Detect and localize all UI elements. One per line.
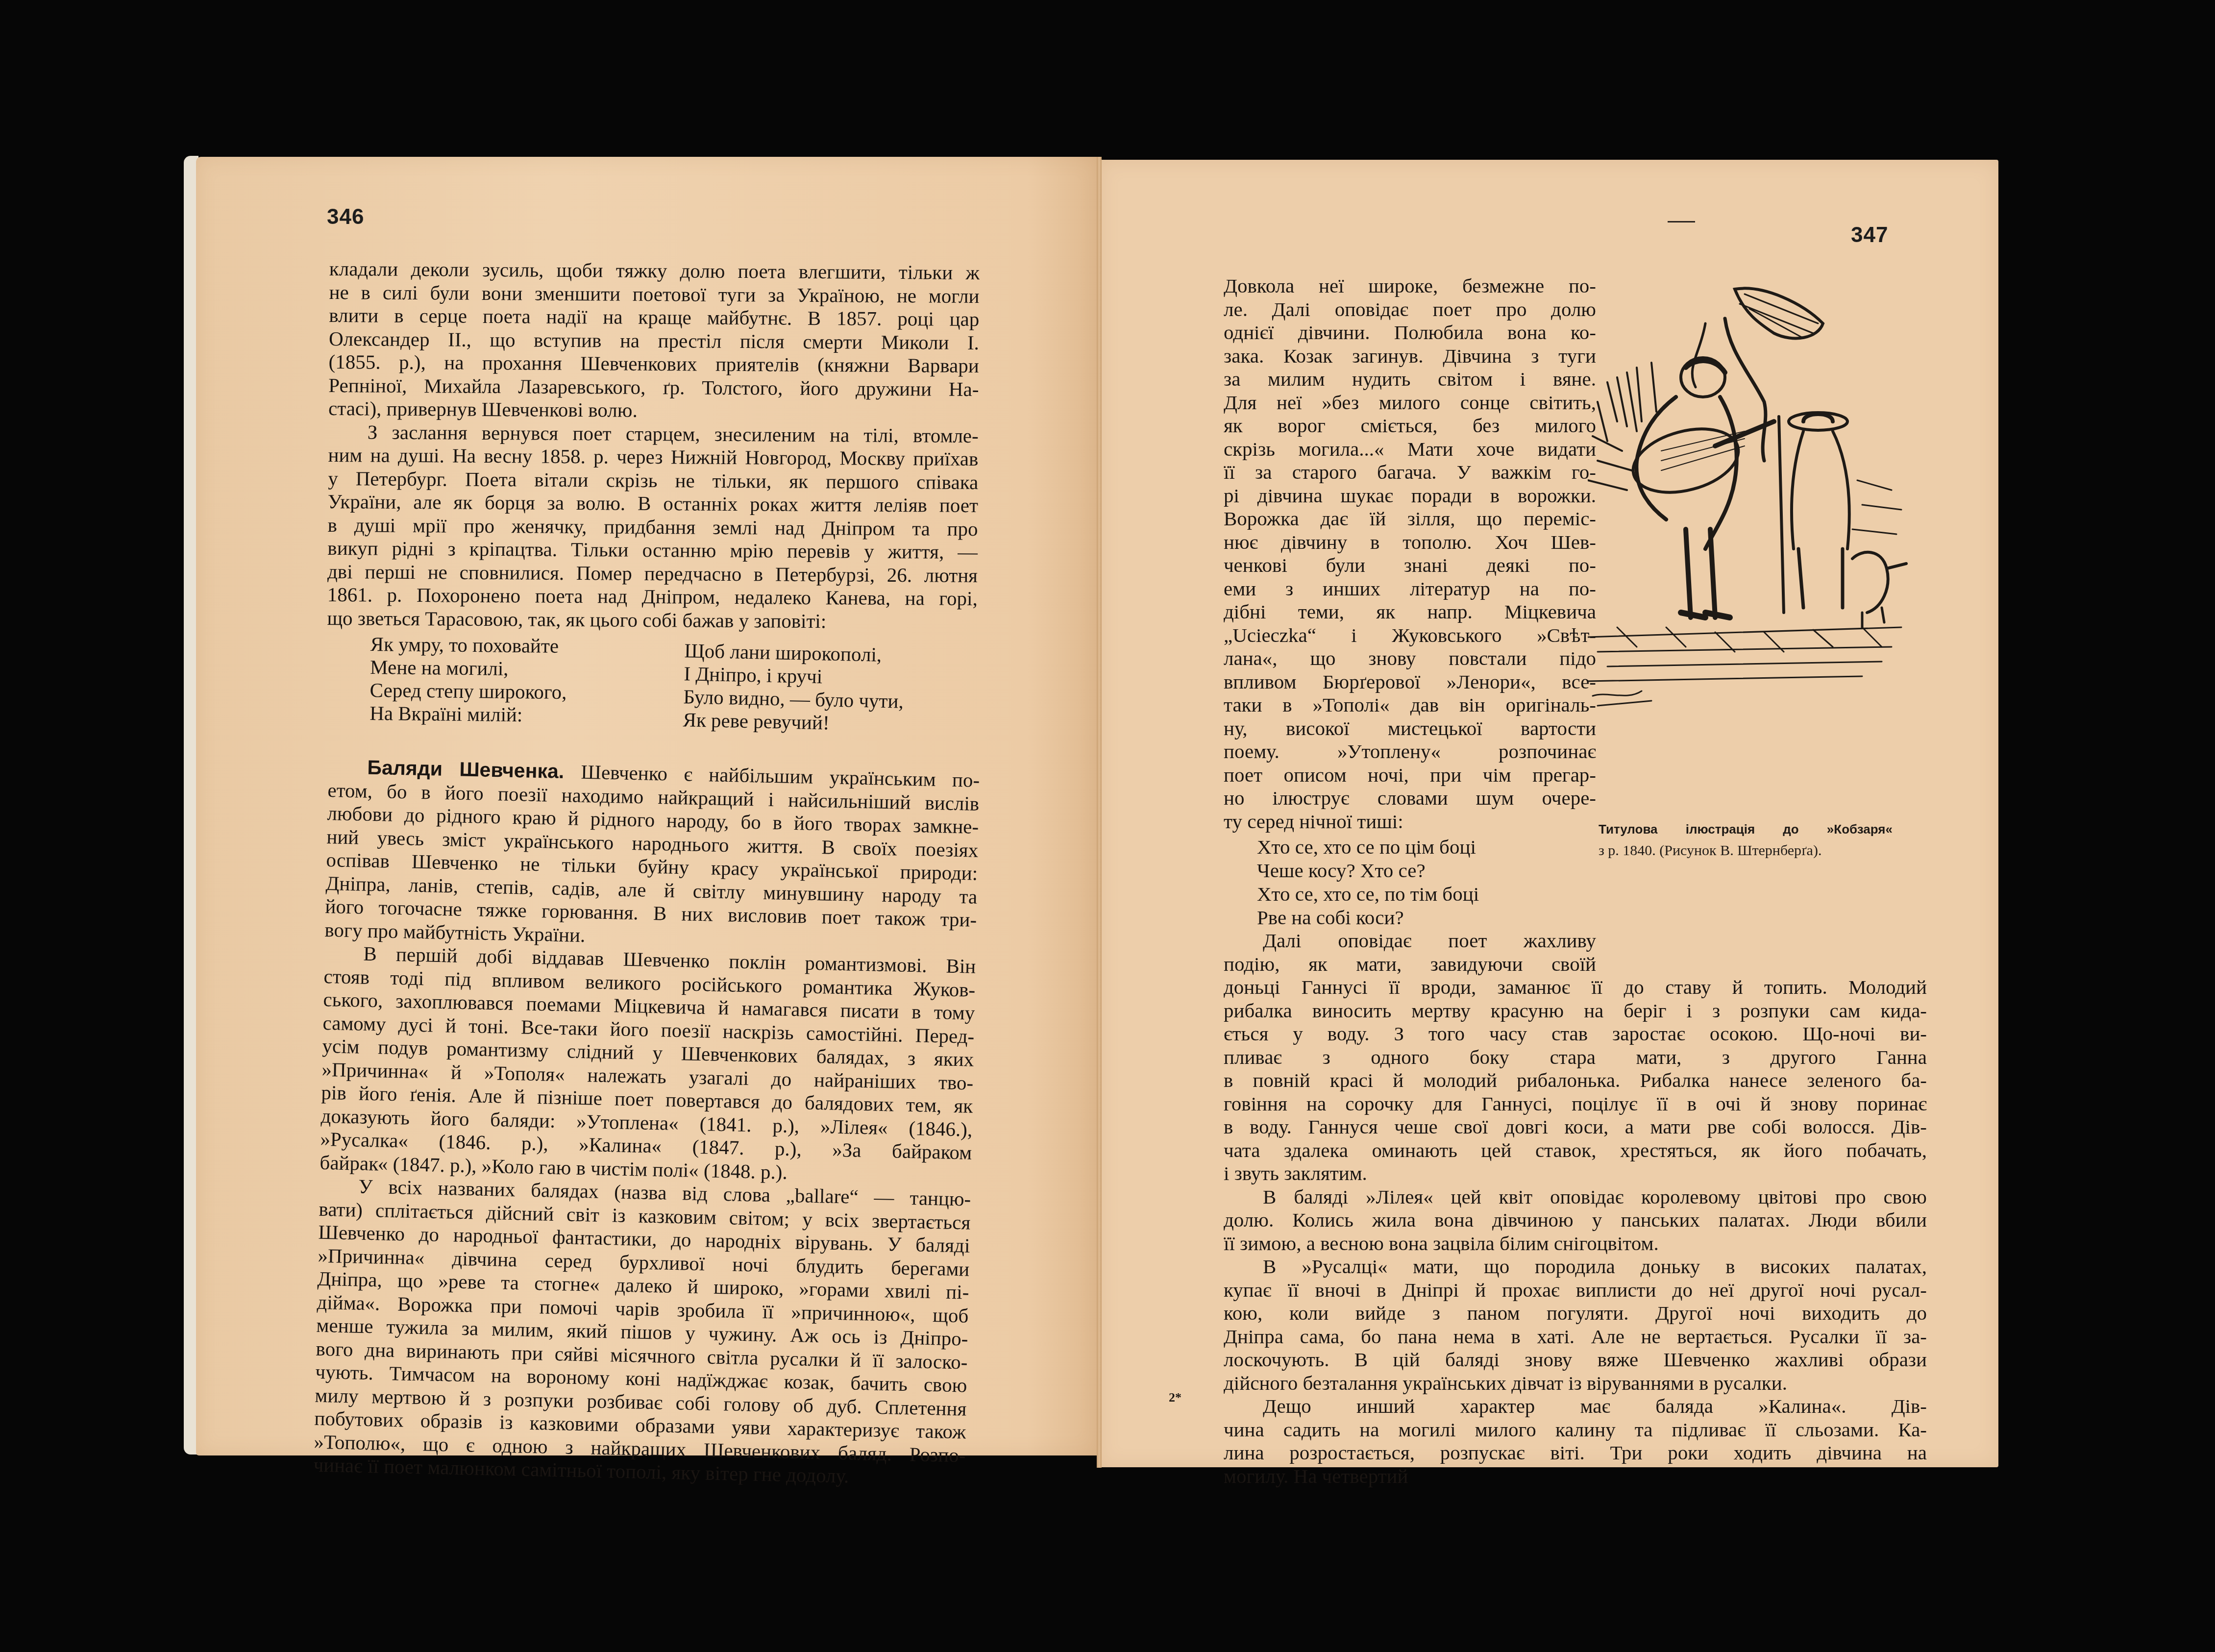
header-rule [1668,221,1695,222]
text-line: її зимою, а весною вона зацвіла білим сн… [1224,1232,1927,1256]
text-line: поет описом ночі, при чім прегар- [1224,764,1596,787]
woodcut-illustration-icon [1588,274,1921,794]
text-line: її за старого багача. У важкім го- [1224,461,1596,484]
text-line: однієї дівчини. Полюбила вона ко- [1224,321,1596,345]
text-line: Репніної, Михайла Лазаревського, ґр. Тол… [328,373,979,401]
text-line: нює дівчину в тополю. Хоч Шев- [1224,531,1596,554]
text-line: Довкола неї широке, безмежне по- [1224,274,1596,298]
testament-poem-left-column: Як умру, то поховайтеМене на могилі,Сере… [369,633,567,727]
text-line: і звуть заклятим. [1224,1162,1927,1185]
text-line: таки в »Тополі« дав він оригіналь- [1224,693,1596,717]
utoplena-poem-quote: Хто се, хто се по цім боціЧеше косу? Хто… [1232,835,1479,929]
text-line: еми з инших літератур на по- [1224,577,1596,601]
text-line: впливом Бюрґерової »Ленори«, все- [1224,670,1596,694]
text-line: ним на душі. На весну 1858. р. через Ниж… [328,444,978,471]
text-line: Як реве ревучий! [683,708,903,736]
text-line: ченкові були знані деякі по- [1224,554,1596,577]
text-line: дібні теми, як напр. Міцкевича [1224,600,1596,624]
text-line: лоскочують. В цій баляді знову вяже Шевч… [1224,1348,1927,1372]
text-line: доньці Ганнусі її вроди, заманює її до с… [1224,976,1927,999]
text-line: З заслання вернувся поет старцем, знесил… [328,420,979,447]
caption-line-2: з р. 1840. (Рисунок В. Штернберґа). [1599,840,1893,862]
section-heading: Баляди Шевченка. [367,756,581,783]
text-line: Чеше косу? Хто се? [1257,859,1479,882]
text-line: кладали деколи зусиль, щоби тяжку долю п… [329,257,980,285]
text-line: за милим нудить світом і вяне. [1224,368,1596,391]
text-line: подію, як мати, завидуючи своїй [1224,953,1596,976]
text-line: пливає з одного боку стара мати, з друго… [1224,1046,1927,1069]
text-line: купає її вночі в Дніпрі й прохає виплист… [1224,1279,1927,1302]
right-page-full-width-text: доньці Ганнусі її вроди, заманює її до с… [1224,976,1927,1488]
text-line: 1861. р. Похоронено поета над Дніпром, н… [327,583,978,611]
text-line: ється у воду. З того часу став заростає … [1224,1022,1927,1046]
text-line: рі дівчина шукає поради в ворожки. [1224,484,1596,508]
text-line: лана«, що знову повстали підо [1224,647,1596,670]
text-line: В »Русалці« мати, що породила доньку в в… [1224,1255,1927,1279]
text-line: не в силі були вони зменшити поетової ту… [329,280,979,308]
text-line: зака. Козак загинув. Дівчина з туги [1224,345,1596,368]
text-line: лина розростається, розпускає віті. Три … [1224,1441,1927,1465]
text-line: „Ucieczka“ і Жуковського »Свѣт- [1224,624,1596,647]
text-line: (1855. р.), на прохання Шевченкових прия… [329,350,979,378]
text-line: но ілюструє словами шум очере- [1224,787,1596,810]
text-line: чина садить на могилі милого калину та п… [1224,1418,1927,1442]
left-page-text-top: кладали деколи зусиль, щоби тяжку долю п… [327,257,980,634]
text-line: Дещо инший характер має баляда »Калина«.… [1224,1395,1927,1418]
text-line: в воду. Ганнуся чеше свої довгі коси, а … [1224,1115,1927,1139]
text-line: стасі), привернув Шевченкові волю. [328,397,979,424]
page-number-left: 346 [327,205,364,229]
right-page-column-after-poem: Далі оповідає поет жахливуподію, як мати… [1224,929,1596,976]
text-line: як ворог сміється, без милого [1224,414,1596,438]
text-line: На Вкраїні милій: [369,702,566,727]
text-line: Дніпра сама, бо пана нема в хаті. Але не… [1224,1325,1927,1349]
text-line: Рве на собі коси? [1257,906,1479,929]
text-line: говіння на сорочку для Ганнусі, поцілує … [1224,1092,1927,1116]
text-line: викуп рідні з кріпацтва. Тільки останню … [327,537,978,564]
right-page-column-text: Довкола неї широке, безмежне по-ле. Далі… [1224,274,1596,833]
text-line: могилу. На четвертий [1224,1465,1927,1488]
printer-signature-mark: 2* [1169,1390,1181,1405]
text-line: влити в серце поета надії на краще майбу… [329,304,979,331]
text-line: Як умру, то поховайте [370,633,567,658]
kobzar-title-illustration [1588,274,1921,794]
text-line: в душі мрії про женячку, придбання землі… [328,513,978,541]
text-line: Далі оповідає поет жахливу [1224,929,1596,953]
text-line: долю. Колись жила вона дівчиною у панськ… [1224,1208,1927,1232]
text-line: В баляді »Лілея« цей квіт оповідає корол… [1224,1185,1927,1209]
text-line: Серед степу широкого, [370,679,567,704]
text-line: поему. »Утоплену« розпочинає [1224,740,1596,764]
text-line: Олександер II., що вступив на престіл пі… [329,327,979,354]
testament-poem-right-column: Щоб лани широкополі,І Дніпро, і кручіБул… [683,639,905,736]
text-line: Хто се, хто се по цім боці [1257,835,1479,859]
text-line: в повній красі й молодий рибалонька. Риб… [1224,1069,1927,1092]
text-line: Ворожка дає їй зілля, що переміс- [1224,507,1596,531]
text-line: рибалка виносить мертву красуню на беріг… [1224,999,1927,1023]
text-line: що зветься Тарасовою, так, як цього собі… [327,606,977,634]
caption-line-1: Титулова ілюстрація до »Кобзаря« [1599,818,1893,840]
page-number-right: 347 [1851,223,1888,247]
text-line: Мене на могилі, [370,656,567,681]
text-line: ту серед нічної тиші: [1224,810,1596,834]
text-line: України, але як борця за волю. В останні… [328,490,978,518]
text-line: у Петербург. Поета вітали скрізь не тіль… [328,467,978,494]
text-line: ну, високої мистецької вартости [1224,717,1596,740]
text-line: дві перші не сповнилися. Помер передчасн… [327,560,978,587]
text-line: дійсного безталання українських дівчат і… [1224,1372,1927,1395]
text-line: Для неї »без милого сонце світить, [1224,391,1596,415]
illustration-caption: Титулова ілюстрація до »Кобзаря« з р. 18… [1599,818,1893,862]
text-line: чата здалека оминають цей ставок, хрестя… [1224,1139,1927,1162]
text-line: Хто се, хто се, по тім боці [1257,882,1479,906]
text-line: ле. Далі оповідає поет про долю [1224,298,1596,321]
text-line: скрізь могила...« Мати хоче видати [1224,438,1596,461]
book-spine [1097,157,1102,1468]
text-line: кою, коли вийде з паном погуляти. Другої… [1224,1302,1927,1325]
left-page-text-bottom: Баляди Шевченка. Шевченко є найбільшим у… [313,755,980,1490]
